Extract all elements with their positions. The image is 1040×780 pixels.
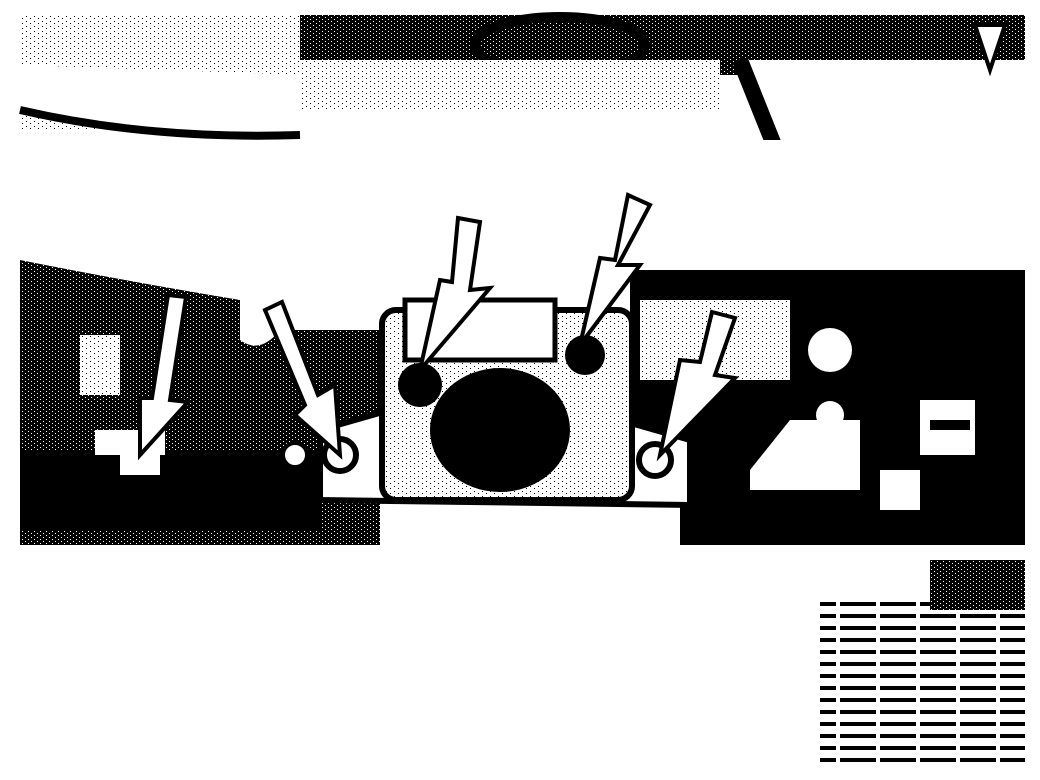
top-background <box>20 15 1025 162</box>
photo-mechanical-flange <box>0 0 1040 780</box>
lower-background <box>20 545 1025 770</box>
port-opening <box>430 368 570 492</box>
